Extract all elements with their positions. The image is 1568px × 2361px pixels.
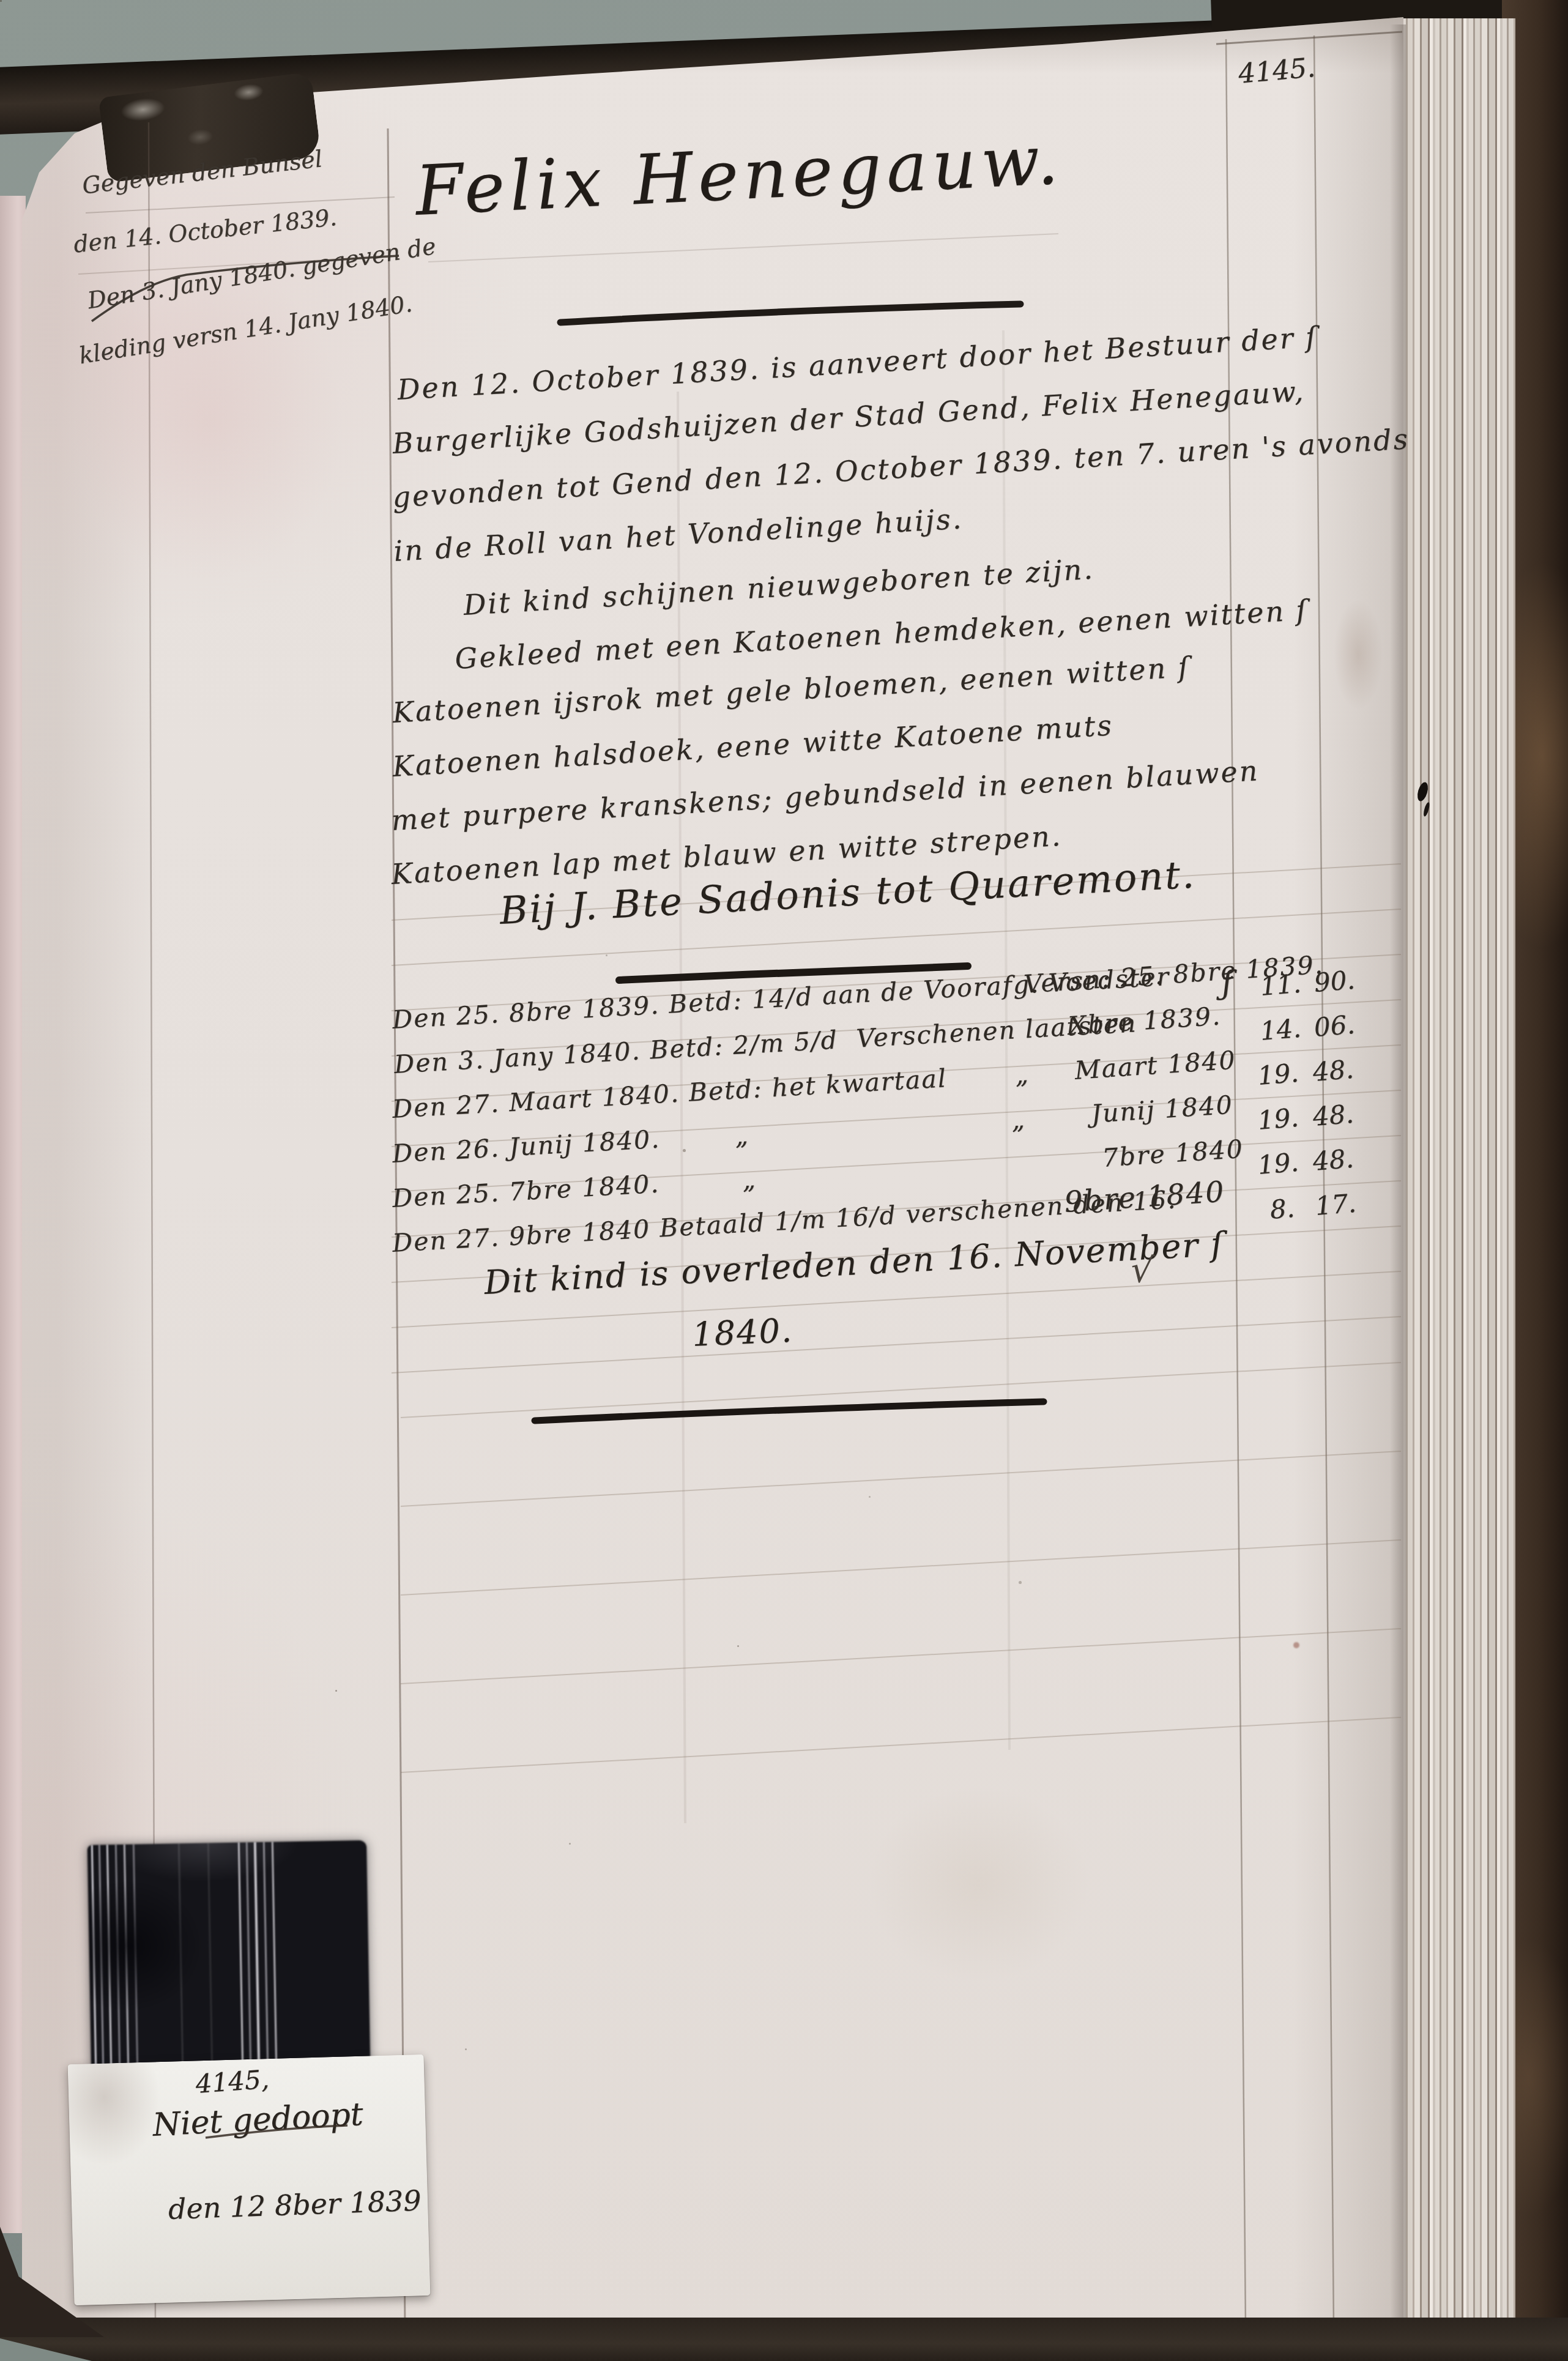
slip-underline-layer — [0, 0, 1568, 2361]
register-scan: 4145. Gegeven den Bunsel den 14. October… — [0, 0, 1568, 2361]
book-cover-bottom-edge — [0, 2318, 1568, 2361]
